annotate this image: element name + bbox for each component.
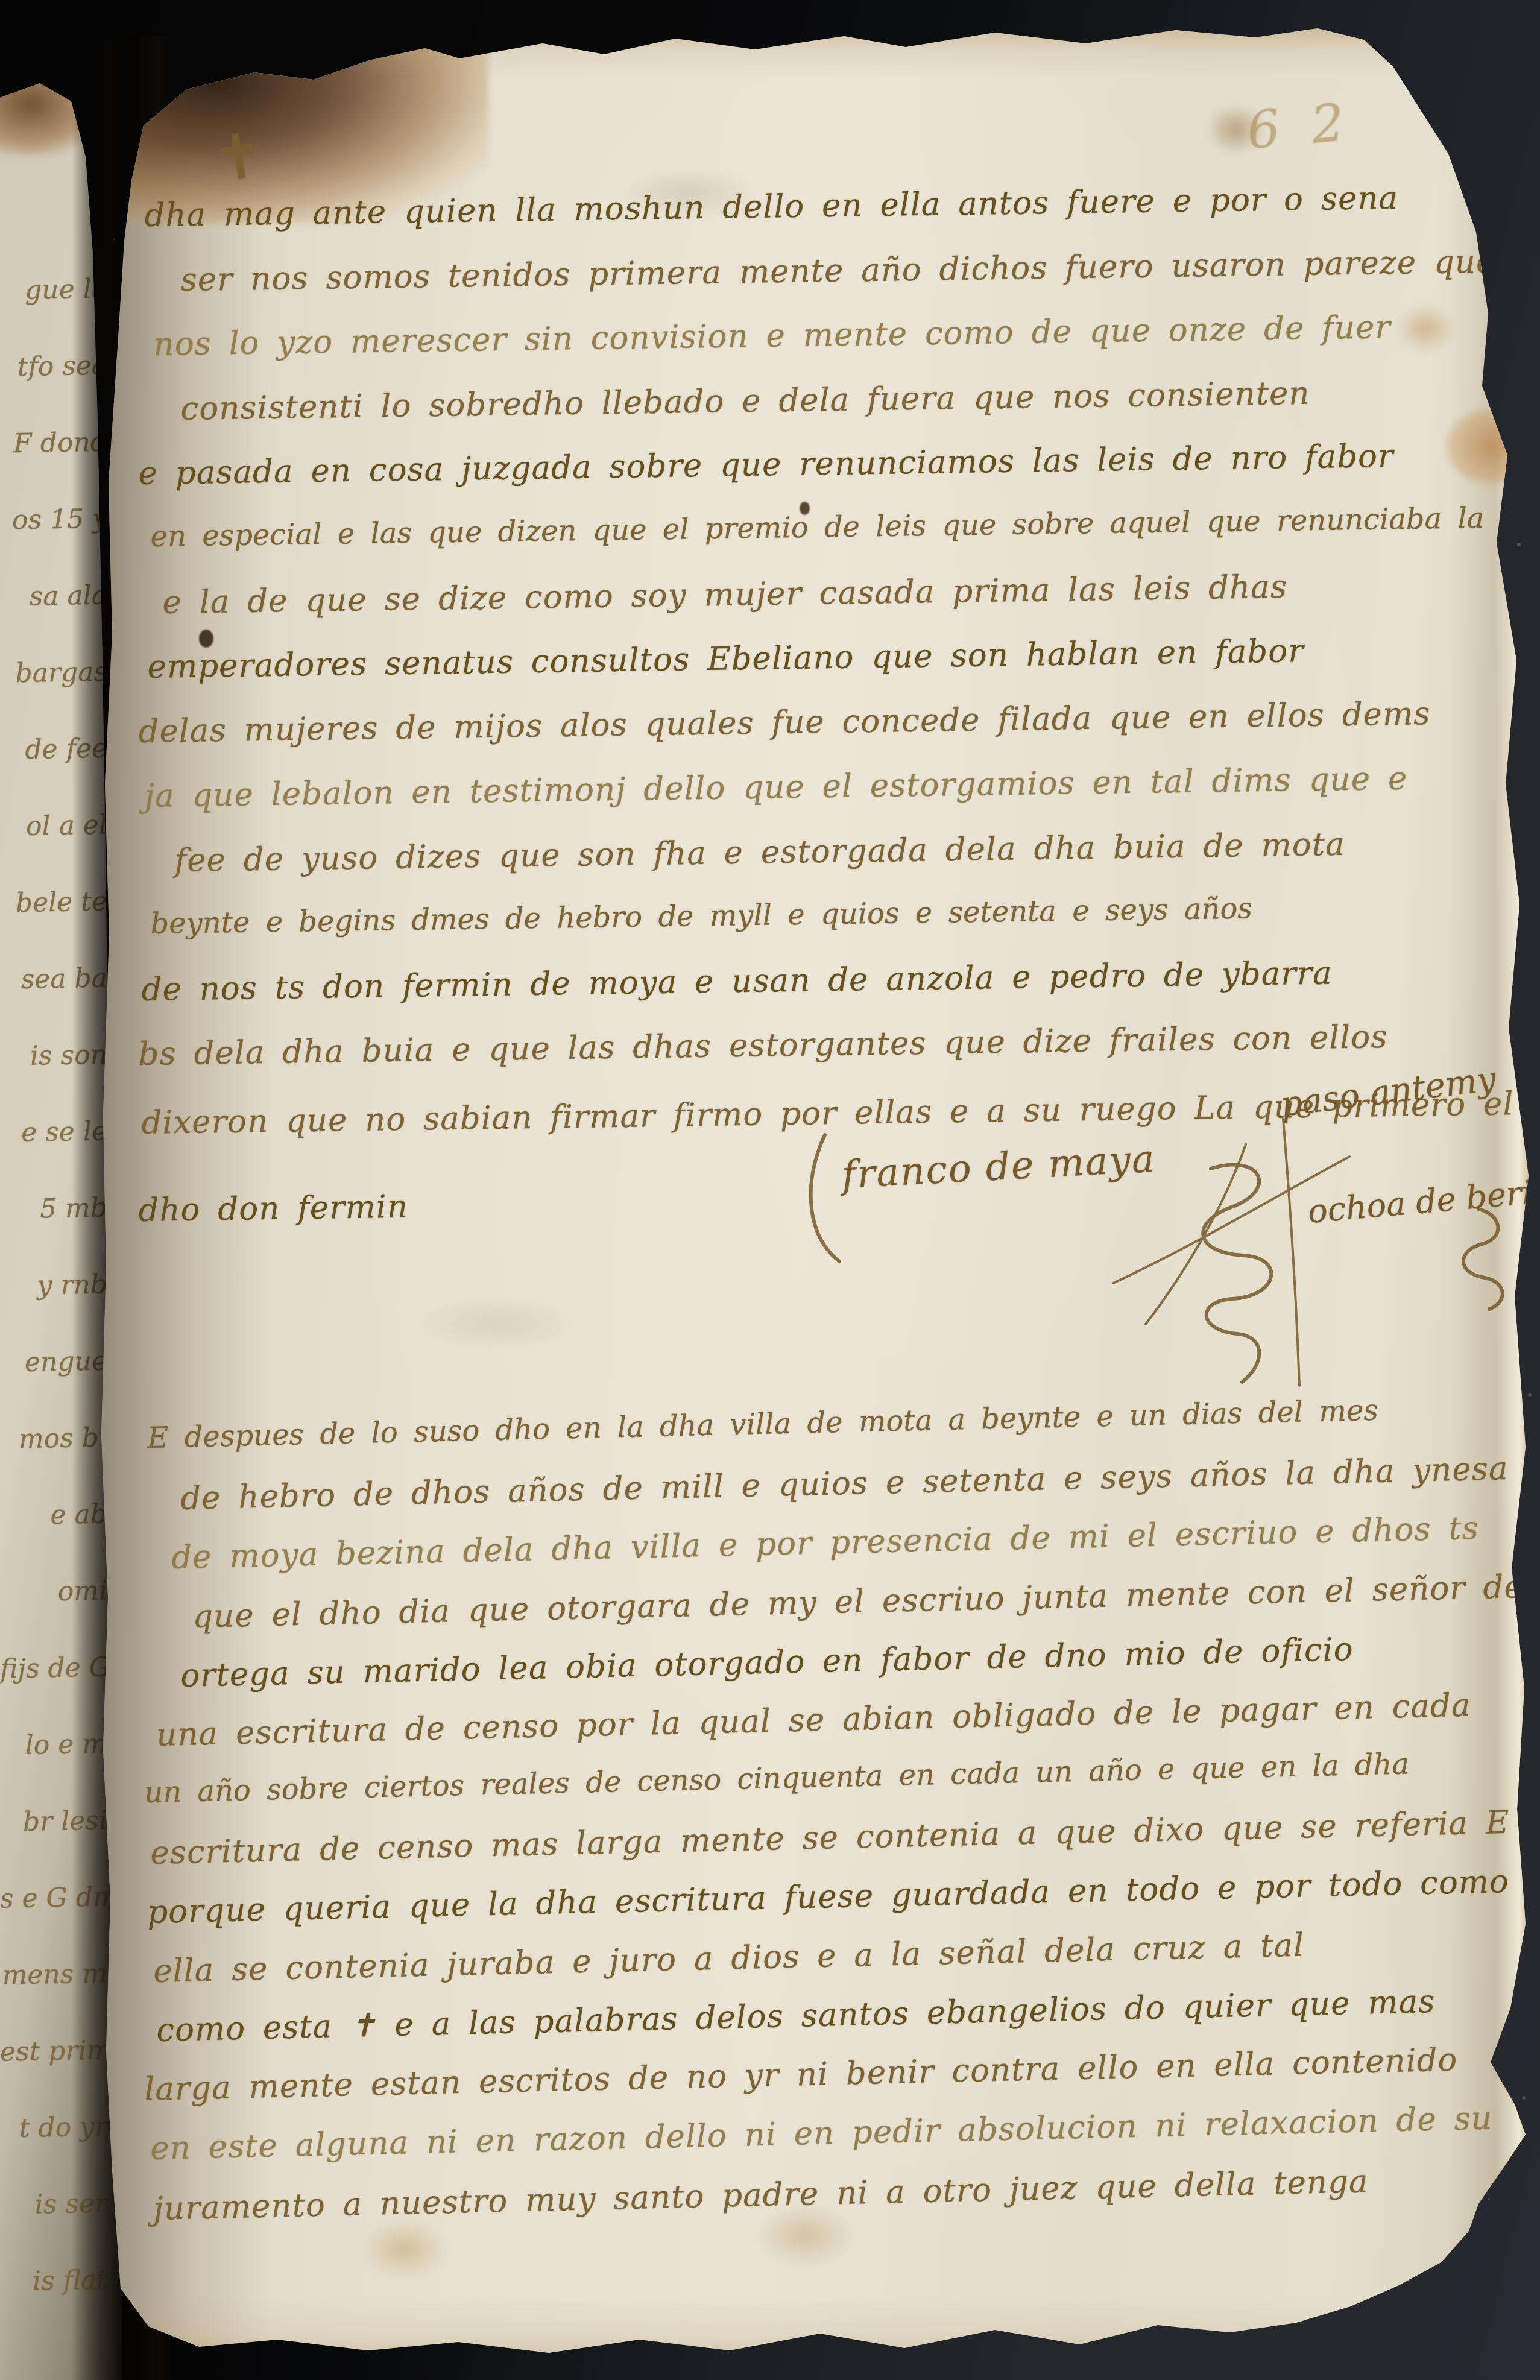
invocation-cross-icon: ✝ [207, 117, 270, 198]
text-line: dho don fermin [138, 1188, 408, 1229]
browned-top-edge [374, 22, 1429, 76]
ink-blot [199, 630, 213, 648]
manuscript-photograph: gue la tfo sea F dond os 15 y sa ala bar… [0, 0, 1540, 2380]
dust-specks [0, 0, 1, 1]
manuscript-page: 62 ✝ dha mag ante quien lla moshun dello… [0, 0, 1540, 2380]
smudge [416, 1296, 579, 1351]
stain [1444, 407, 1540, 485]
folio-number: 62 [1245, 90, 1378, 161]
stain [362, 2219, 446, 2279]
stain [1396, 305, 1456, 353]
